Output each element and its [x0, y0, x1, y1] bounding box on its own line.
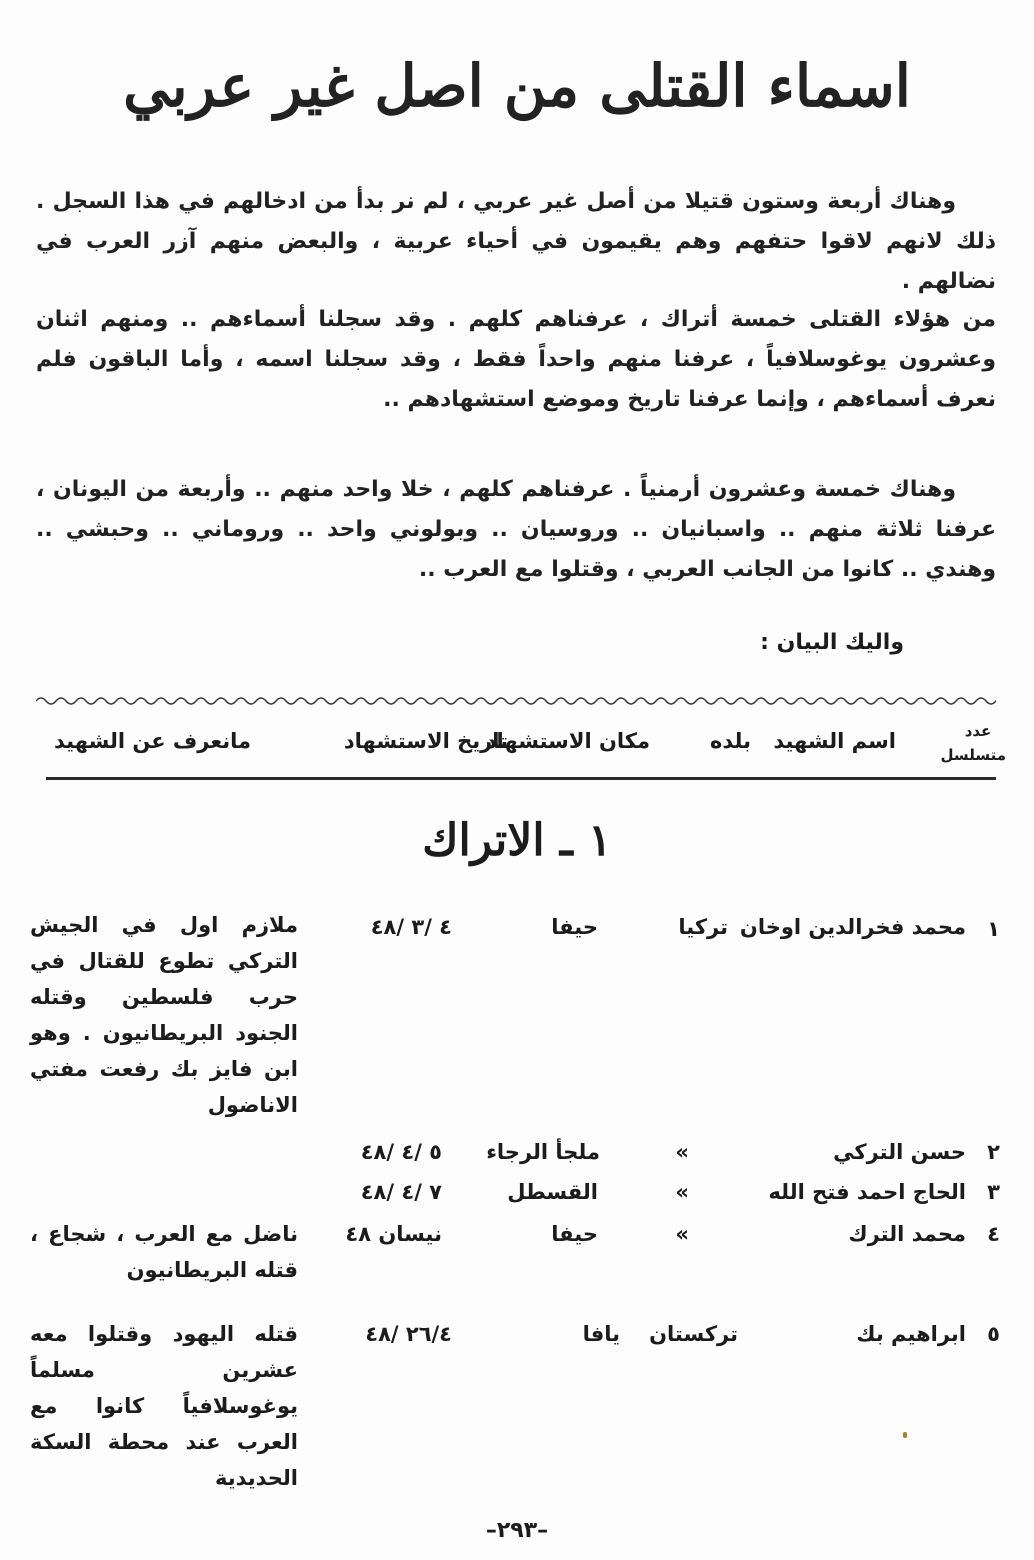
wavy-divider: [36, 695, 996, 707]
row-name: محمد الترك: [848, 1222, 966, 1246]
row-date: ٧ /٤ /٤٨: [361, 1180, 442, 1204]
row-notes: ملازم اول في الجيش التركي تطوع للقتال في…: [30, 907, 298, 1123]
header-underline: [46, 777, 996, 780]
header-country: بلده: [710, 729, 751, 753]
row-place: يافا: [583, 1322, 620, 1346]
row-notes: ناضل مع العرب ، شجاع ، قتله البريطانيون: [30, 1216, 298, 1288]
row-place: القسطل: [507, 1180, 598, 1204]
page-title: اسماء القتلى من اصل غير عربي: [0, 52, 1034, 120]
row-date: ٥ /٤ /٤٨: [361, 1140, 442, 1164]
row-date: نيسان ٤٨: [345, 1222, 442, 1246]
table-header: عدد متسلسل اسم الشهيد بلده مكان الاستشها…: [36, 715, 1006, 775]
paragraph-intro: وهناك أربعة وستون قتيلا من أصل غير عربي …: [36, 182, 996, 302]
row-place: ملجأ الرجاء: [486, 1140, 600, 1164]
row-country: »: [675, 1222, 689, 1246]
row-name: حسن التركي: [833, 1140, 966, 1164]
row-number: ١: [987, 917, 1000, 941]
row-date: ٤ /٣ /٤٨: [371, 915, 452, 939]
header-date: تاريخ الاستشهاد: [344, 729, 508, 753]
row-name: محمد فخرالدين اوخان: [740, 915, 966, 939]
scan-speck: [903, 1432, 907, 1438]
row-number: ٢: [987, 1140, 1000, 1164]
row-number: ٣: [987, 1180, 1000, 1204]
lead-in-text: واليك البيان :: [760, 630, 904, 655]
page-number: –٢٩٣–: [0, 1518, 1034, 1543]
row-country: »: [675, 1180, 689, 1204]
header-place: مكان الاستشهاد: [486, 729, 650, 753]
row-country: تركيا: [678, 915, 728, 939]
section-title-turks: ١ ـ الاتراك: [0, 815, 1034, 866]
row-country: تركستان: [649, 1322, 738, 1346]
header-name: اسم الشهيد: [773, 729, 896, 753]
header-notes: مانعرف عن الشهيد: [54, 729, 251, 753]
row-number: ٥: [987, 1322, 1000, 1346]
row-country: »: [675, 1140, 689, 1164]
row-place: حيفا: [551, 915, 598, 939]
row-number: ٤: [987, 1222, 1000, 1246]
paragraph-armenians-others: وهناك خمسة وعشرون أرمنياً . عرفناهم كلهم…: [36, 470, 996, 590]
row-date: ٢٦/٤ /٤٨: [365, 1322, 452, 1346]
row-name: الحاج احمد فتح الله: [768, 1180, 966, 1204]
row-name: ابراهيم بك: [856, 1322, 966, 1346]
row-notes: قتله اليهود وقتلوا معه عشرين مسلماً يوغو…: [30, 1316, 298, 1496]
paragraph-turks-yugoslavs: من هؤلاء القتلى خمسة أتراك ، عرفناهم كله…: [36, 300, 996, 420]
row-place: حيفا: [551, 1222, 598, 1246]
header-serial: عدد متسلسل: [950, 719, 1006, 767]
book-page: اسماء القتلى من اصل غير عربي وهناك أربعة…: [0, 0, 1034, 1560]
